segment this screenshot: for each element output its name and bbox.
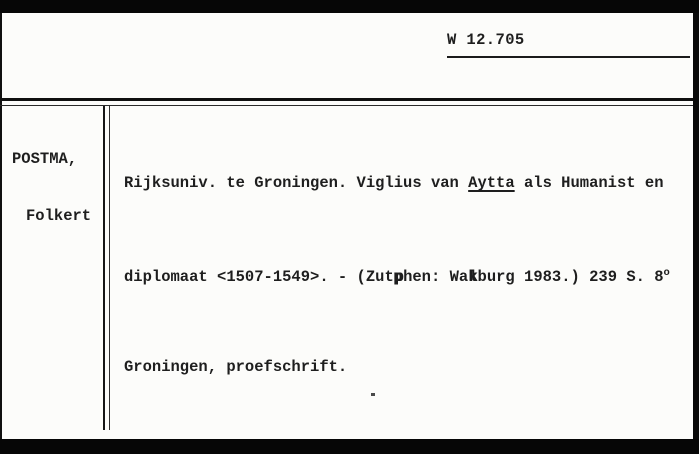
body-line-1: Rijksuniv. te Groningen. Viglius van Ayt… [124,168,670,198]
bibliographic-entry: Rijksuniv. te Groningen. Viglius van Ayt… [124,108,670,442]
body-line-2: diplomaat <1507-1549>. - (Zutphen: Walkb… [124,258,670,292]
imprint-seg2: hen: Wa [403,268,468,286]
imprint-seg3: burg 1983.) 239 S. 8 [478,268,664,286]
author-surname: POSTMA, [12,150,91,169]
scan-speck [371,393,375,396]
scan-border-right [693,13,699,439]
title-text-pre: Rijksuniv. te Groningen. Viglius van [124,174,468,192]
overstrike-top-k: k [468,262,477,292]
column-divider-outer [103,106,105,430]
format-superscript-o: o [664,267,670,279]
overstruck-char-p: p [394,268,403,286]
call-number-underline [447,56,690,58]
scan-border-top [0,0,699,13]
header-rule-thick [0,98,693,101]
imprint-seg1: diplomaat <1507-1549>. - (Zut [124,268,394,286]
column-divider-inner [109,106,110,430]
title-text-post: als Humanist en [515,174,664,192]
underlined-name-aytta: Aytta [468,174,515,192]
call-number: W 12.705 [447,31,525,49]
body-line-3: Groningen, proefschrift. [124,352,670,382]
author-heading: POSTMA, Folkert [12,112,91,264]
catalog-card-scan: W 12.705 POSTMA, Folkert Rijksuniv. te G… [0,0,699,454]
author-forename: Folkert [12,207,91,226]
